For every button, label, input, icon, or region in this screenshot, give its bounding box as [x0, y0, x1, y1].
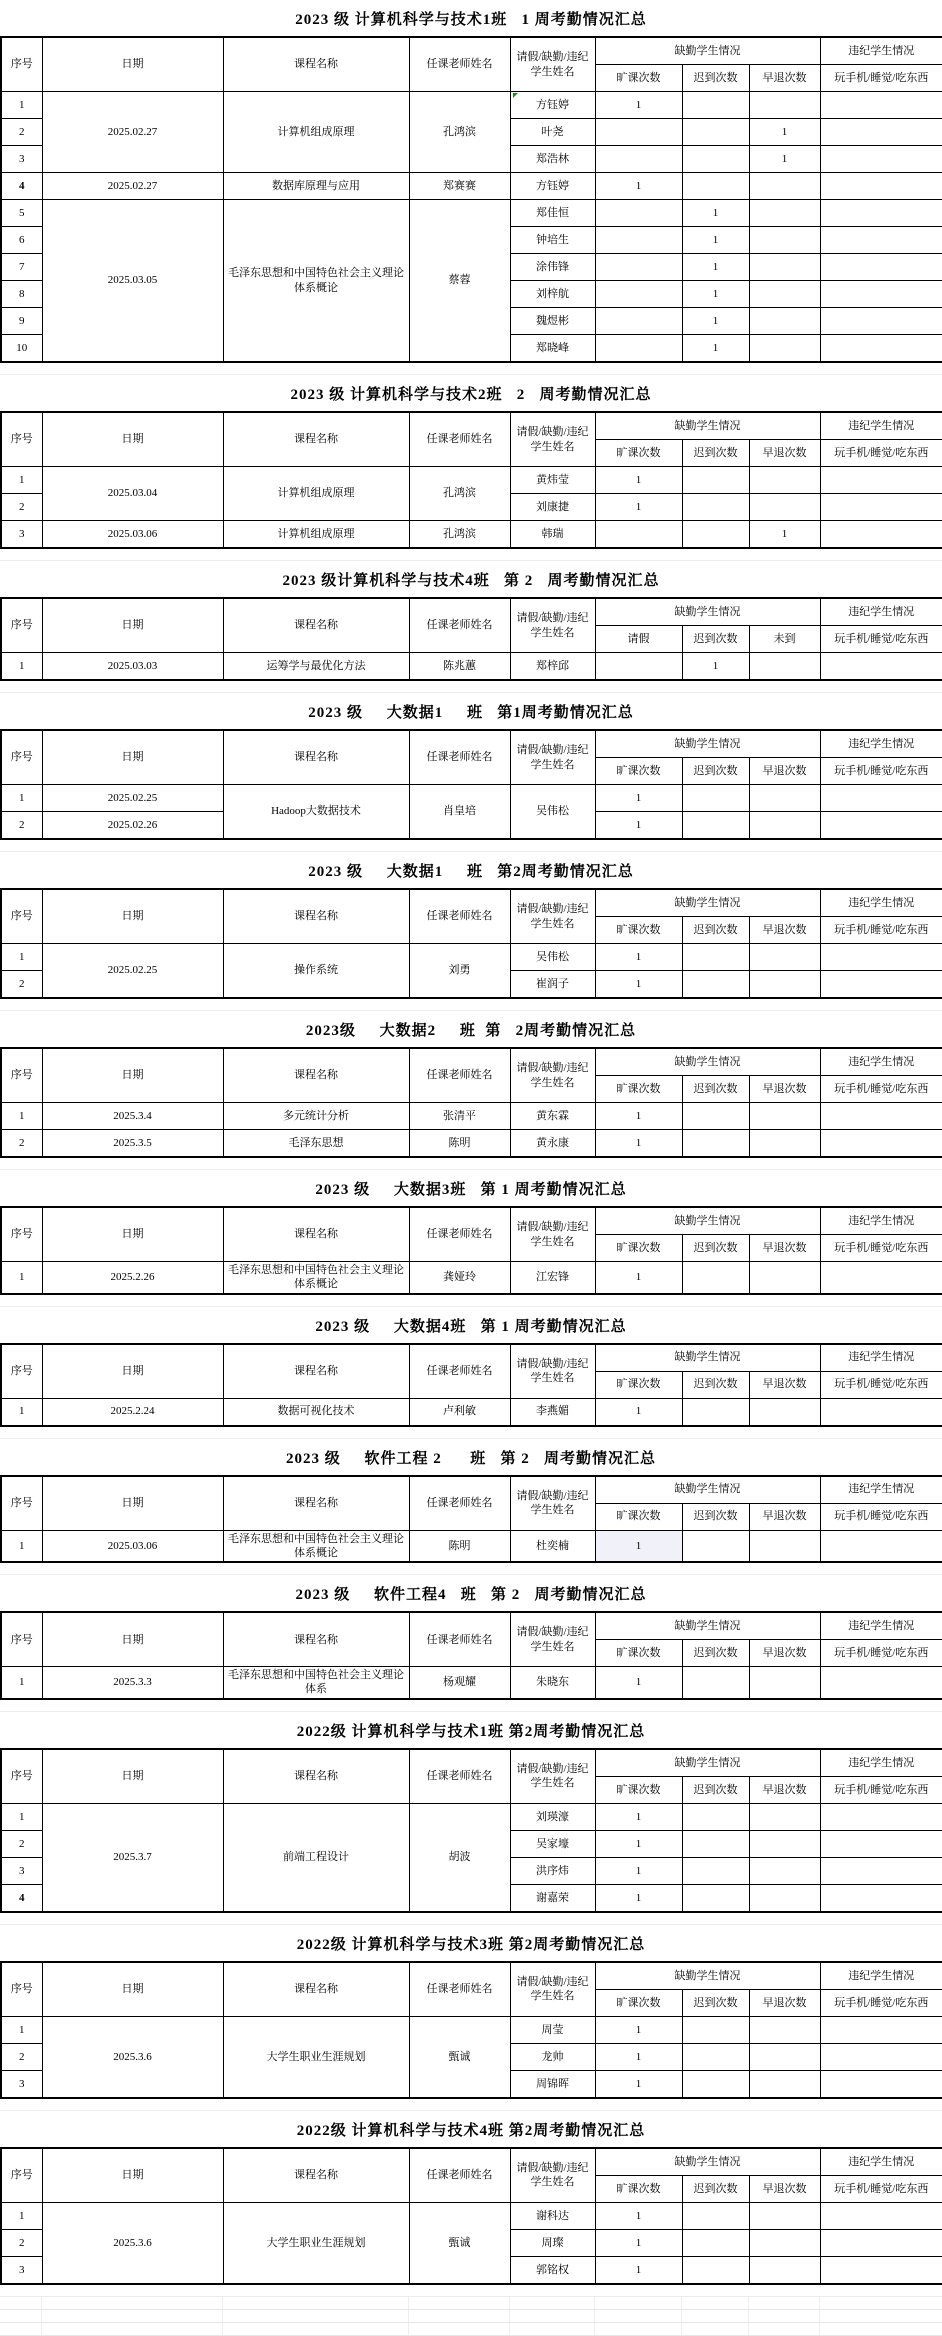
cell-teacher: 陈明 [409, 1130, 510, 1158]
grid-vline [819, 2297, 820, 2309]
attendance-table: 序号日期课程名称任课老师姓名请假/缺勤/违纪学生姓名缺勤学生情况违纪学生情况旷课… [0, 1047, 942, 1158]
table-row: 12025.3.4多元统计分析张清平黄东霖1 [1, 1103, 942, 1130]
header-student: 请假/缺勤/违纪学生姓名 [510, 1476, 595, 1531]
cell-course: 计算机组成原理 [223, 467, 409, 521]
table-title: 2023 级 大数据1 班 第1周考勤情况汇总 [0, 693, 942, 729]
header-absence-col-1: 迟到次数 [682, 1235, 749, 1262]
cell-absence-1 [682, 1103, 749, 1130]
cell-absence-0: 1 [595, 1667, 682, 1699]
cell-student: 洪序炜 [510, 1857, 595, 1884]
header-no: 序号 [1, 1207, 42, 1262]
header-course: 课程名称 [223, 412, 409, 467]
header-no: 序号 [1, 889, 42, 944]
cell-absence-0: 1 [595, 1830, 682, 1857]
student-name: 钟培生 [513, 228, 593, 252]
cell-student: 崔润子 [510, 971, 595, 999]
cell-student: 刘梓航 [510, 281, 595, 308]
table-row: 12025.03.03运筹学与最优化方法陈兆蕙郑梓邱1 [1, 653, 942, 681]
cell-teacher: 胡波 [409, 1803, 510, 1912]
header-row-top: 序号日期课程名称任课老师姓名请假/缺勤/违纪学生姓名缺勤学生情况违纪学生情况 [1, 1612, 942, 1640]
cell-course: 计算机组成原理 [223, 92, 409, 173]
cell-no: 7 [1, 254, 42, 281]
header-absence-col-0: 旷课次数 [595, 917, 682, 944]
cell-course: 大学生职业生涯规划 [223, 2202, 409, 2284]
cell-absence-0: 1 [595, 1130, 682, 1158]
header-course: 课程名称 [223, 1207, 409, 1262]
table-row: 12025.3.6大学生职业生涯规划甄诚谢科达1 [1, 2202, 942, 2229]
header-date: 日期 [42, 1344, 223, 1399]
grid-vline [408, 2297, 409, 2309]
table-section: 2023 级 计算机科学与技术1班 1 周考勤情况汇总序号日期课程名称任课老师姓… [0, 0, 942, 375]
cell-no: 2 [1, 1130, 42, 1158]
cell-date: 2025.02.25 [42, 785, 223, 812]
table-gap [0, 2099, 942, 2111]
cell-violation [820, 200, 942, 227]
header-absence-col-2: 未到 [749, 626, 820, 653]
cell-absence-1 [682, 1803, 749, 1830]
cell-course: 毛泽东思想和中国特色社会主义理论体系概论 [223, 1262, 409, 1294]
header-teacher: 任课老师姓名 [409, 598, 510, 653]
header-course: 课程名称 [223, 889, 409, 944]
cell-absence-1 [682, 1398, 749, 1426]
cell-teacher: 杨观耀 [409, 1667, 510, 1699]
cell-no: 1 [1, 1262, 42, 1294]
cell-date: 2025.03.05 [42, 200, 223, 363]
cell-absence-0: 1 [595, 2202, 682, 2229]
header-course: 课程名称 [223, 730, 409, 785]
cell-no: 2 [1, 971, 42, 999]
student-name: 朱晓东 [513, 1668, 593, 1697]
attendance-table: 序号日期课程名称任课老师姓名请假/缺勤/违纪学生姓名缺勤学生情况违纪学生情况旷课… [0, 411, 942, 549]
header-date: 日期 [42, 1476, 223, 1531]
student-name: 魏煜彬 [513, 309, 593, 333]
cell-absence-2 [749, 812, 820, 840]
header-date: 日期 [42, 1962, 223, 2017]
cell-absence-0 [595, 119, 682, 146]
student-name: 崔润子 [513, 972, 593, 996]
header-no: 序号 [1, 37, 42, 92]
header-absence-col-2: 早退次数 [749, 917, 820, 944]
cell-no: 2 [1, 812, 42, 840]
table-gap [0, 1158, 942, 1170]
cell-no: 1 [1, 1103, 42, 1130]
cell-absence-2 [749, 2202, 820, 2229]
cell-student: 涂伟锋 [510, 254, 595, 281]
header-violation-group: 违纪学生情况 [820, 598, 942, 626]
cell-absence-0: 1 [595, 971, 682, 999]
cell-student: 龙帅 [510, 2043, 595, 2070]
cell-teacher: 蔡蓉 [409, 200, 510, 363]
cell-absence-1 [682, 521, 749, 549]
cell-absence-0: 1 [595, 2016, 682, 2043]
cell-absence-0: 1 [595, 173, 682, 200]
cell-absence-2 [749, 1830, 820, 1857]
header-absence-col-0: 旷课次数 [595, 1989, 682, 2016]
cell-no: 10 [1, 335, 42, 363]
student-name: 谢科达 [513, 2204, 593, 2228]
header-absence-group: 缺勤学生情况 [595, 37, 820, 65]
header-teacher: 任课老师姓名 [409, 1048, 510, 1103]
header-no: 序号 [1, 1962, 42, 2017]
header-date: 日期 [42, 1207, 223, 1262]
cell-no: 2 [1, 2229, 42, 2256]
table-title: 2023 级 软件工程 2 班 第 2 周考勤情况汇总 [0, 1439, 942, 1475]
header-violation-group: 违纪学生情况 [820, 1207, 942, 1235]
header-absence-group: 缺勤学生情况 [595, 730, 820, 758]
cell-absence-1 [682, 812, 749, 840]
table-row: 12025.3.6大学生职业生涯规划甄诚周莹1 [1, 2016, 942, 2043]
cell-date: 2025.3.4 [42, 1103, 223, 1130]
table-section: 2022级 计算机科学与技术1班 第2周考勤情况汇总序号日期课程名称任课老师姓名… [0, 1712, 942, 1925]
header-absence-col-1: 迟到次数 [682, 65, 749, 92]
grid-vline [222, 2310, 223, 2322]
cell-violation [820, 1398, 942, 1426]
header-violation-group: 违纪学生情况 [820, 412, 942, 440]
cell-student: 郑浩林 [510, 146, 595, 173]
table-title: 2023 级 计算机科学与技术2班 2 周考勤情况汇总 [0, 375, 942, 411]
student-name: 郑浩林 [513, 147, 593, 171]
cell-violation [820, 1667, 942, 1699]
student-name: 刘梓航 [513, 282, 593, 306]
header-absence-col-0: 旷课次数 [595, 65, 682, 92]
cell-no: 3 [1, 146, 42, 173]
table-gap [0, 2285, 942, 2297]
cell-absence-0: 1 [595, 92, 682, 119]
student-name: 郑梓邱 [513, 654, 593, 678]
header-date: 日期 [42, 412, 223, 467]
table-gap [0, 999, 942, 1011]
cell-absence-1 [682, 1884, 749, 1912]
header-absence-group: 缺勤学生情况 [595, 1048, 820, 1076]
cell-absence-2 [749, 1103, 820, 1130]
table-title: 2022级 计算机科学与技术3班 第2周考勤情况汇总 [0, 1925, 942, 1961]
empty-grid-row [0, 2297, 942, 2310]
header-student: 请假/缺勤/违纪学生姓名 [510, 412, 595, 467]
header-violation-group: 违纪学生情况 [820, 730, 942, 758]
header-absence-col-2: 早退次数 [749, 65, 820, 92]
table-title: 2022级 计算机科学与技术1班 第2周考勤情况汇总 [0, 1712, 942, 1748]
header-teacher: 任课老师姓名 [409, 1207, 510, 1262]
attendance-table: 序号日期课程名称任课老师姓名请假/缺勤/违纪学生姓名缺勤学生情况违纪学生情况旷课… [0, 2147, 942, 2285]
header-student: 请假/缺勤/违纪学生姓名 [510, 37, 595, 92]
table-title: 2023 级 计算机科学与技术1班 1 周考勤情况汇总 [0, 0, 942, 36]
header-no: 序号 [1, 2148, 42, 2203]
table-section: 2022级 计算机科学与技术4班 第2周考勤情况汇总序号日期课程名称任课老师姓名… [0, 2111, 942, 2297]
cell-no: 4 [1, 1884, 42, 1912]
cell-no: 2 [1, 119, 42, 146]
student-name: 涂伟锋 [513, 255, 593, 279]
cell-course: 计算机组成原理 [223, 521, 409, 549]
cell-absence-2 [749, 467, 820, 494]
cell-student: 郭铭权 [510, 2256, 595, 2284]
header-absence-col-1: 迟到次数 [682, 1989, 749, 2016]
table-row: 12025.03.06毛泽东思想和中国特色社会主义理论体系概论陈明杜奕楠1 [1, 1530, 942, 1562]
cell-student: 吴家壕 [510, 1830, 595, 1857]
cell-violation [820, 2229, 942, 2256]
cell-no: 1 [1, 653, 42, 681]
cell-no: 3 [1, 1857, 42, 1884]
header-violation-col: 玩手机/睡觉/吃东西 [820, 1503, 942, 1530]
table-title: 2023 级 软件工程4 班 第 2 周考勤情况汇总 [0, 1575, 942, 1611]
header-teacher: 任课老师姓名 [409, 1476, 510, 1531]
table-gap [0, 1700, 942, 1712]
cell-absence-0: 1 [595, 1803, 682, 1830]
cell-violation [820, 2070, 942, 2098]
cell-absence-1 [682, 944, 749, 971]
cell-absence-1: 1 [682, 653, 749, 681]
cell-student: 吴伟松 [510, 785, 595, 840]
table-section: 2023 级 大数据1 班 第2周考勤情况汇总序号日期课程名称任课老师姓名请假/… [0, 852, 942, 1011]
cell-absence-0: 1 [595, 1103, 682, 1130]
header-course: 课程名称 [223, 1962, 409, 2017]
header-student: 请假/缺勤/违纪学生姓名 [510, 598, 595, 653]
header-student: 请假/缺勤/违纪学生姓名 [510, 1749, 595, 1804]
cell-no: 5 [1, 200, 42, 227]
cell-absence-0: 1 [595, 2229, 682, 2256]
cell-violation [820, 1130, 942, 1158]
cell-teacher: 龚娅玲 [409, 1262, 510, 1294]
header-course: 课程名称 [223, 1612, 409, 1667]
cell-course: Hadoop大数据技术 [223, 785, 409, 840]
cell-absence-2 [749, 254, 820, 281]
cell-course: 数据可视化技术 [223, 1398, 409, 1426]
student-name: 郭铭权 [513, 2258, 593, 2282]
cell-violation [820, 971, 942, 999]
cell-violation [820, 2202, 942, 2229]
cell-no: 2 [1, 494, 42, 521]
cell-student: 魏煜彬 [510, 308, 595, 335]
header-absence-group: 缺勤学生情况 [595, 1612, 820, 1640]
cell-absence-2 [749, 1857, 820, 1884]
table-section: 2023 级 软件工程 2 班 第 2 周考勤情况汇总序号日期课程名称任课老师姓… [0, 1439, 942, 1576]
cell-teacher: 孔鸿滨 [409, 521, 510, 549]
cell-no: 1 [1, 2016, 42, 2043]
header-teacher: 任课老师姓名 [409, 1962, 510, 2017]
cell-violation [820, 2043, 942, 2070]
cell-violation [820, 92, 942, 119]
cell-violation [820, 521, 942, 549]
cell-violation [820, 944, 942, 971]
cell-student: 黄炜莹 [510, 467, 595, 494]
cell-absence-0: 1 [595, 494, 682, 521]
header-course: 课程名称 [223, 37, 409, 92]
cell-absence-1 [682, 785, 749, 812]
header-absence-col-0: 请假 [595, 626, 682, 653]
cell-no: 1 [1, 467, 42, 494]
student-name: 韩瑞 [513, 522, 593, 546]
cell-student: 朱晓东 [510, 1667, 595, 1699]
header-teacher: 任课老师姓名 [409, 1344, 510, 1399]
cell-student: 郑梓邱 [510, 653, 595, 681]
cell-absence-1 [682, 2016, 749, 2043]
header-violation-col: 玩手机/睡觉/吃东西 [820, 917, 942, 944]
cell-absence-2 [749, 2016, 820, 2043]
cell-violation [820, 1884, 942, 1912]
header-absence-col-1: 迟到次数 [682, 1640, 749, 1667]
header-absence-col-1: 迟到次数 [682, 1076, 749, 1103]
header-absence-group: 缺勤学生情况 [595, 1344, 820, 1372]
table-section: 2023 级 大数据3班 第 1 周考勤情况汇总序号日期课程名称任课老师姓名请假… [0, 1170, 942, 1307]
empty-grid-row [0, 2323, 942, 2336]
cell-corner-marker-icon [513, 93, 518, 98]
cell-violation [820, 254, 942, 281]
grid-vline [594, 2297, 595, 2309]
header-violation-col: 玩手机/睡觉/吃东西 [820, 626, 942, 653]
grid-vline [681, 2297, 682, 2309]
header-date: 日期 [42, 1749, 223, 1804]
table-title: 2023 级 大数据1 班 第2周考勤情况汇总 [0, 852, 942, 888]
header-row-top: 序号日期课程名称任课老师姓名请假/缺勤/违纪学生姓名缺勤学生情况违纪学生情况 [1, 1207, 942, 1235]
header-absence-col-2: 早退次数 [749, 2175, 820, 2202]
student-name: 李燕媚 [513, 1400, 593, 1424]
cell-date: 2025.03.03 [42, 653, 223, 681]
table-section: 2023 级 计算机科学与技术2班 2 周考勤情况汇总序号日期课程名称任课老师姓… [0, 375, 942, 561]
cell-no: 1 [1, 1398, 42, 1426]
cell-teacher: 刘勇 [409, 944, 510, 999]
header-teacher: 任课老师姓名 [409, 412, 510, 467]
student-name: 方钰婷 [513, 174, 593, 198]
header-student: 请假/缺勤/违纪学生姓名 [510, 1962, 595, 2017]
cell-absence-2: 1 [749, 146, 820, 173]
header-absence-col-0: 旷课次数 [595, 758, 682, 785]
header-violation-group: 违纪学生情况 [820, 1962, 942, 1990]
header-violation-col: 玩手机/睡觉/吃东西 [820, 2175, 942, 2202]
cell-absence-2 [749, 2229, 820, 2256]
grid-vline [681, 2323, 682, 2335]
header-no: 序号 [1, 1749, 42, 1804]
cell-student: 黄东霖 [510, 1103, 595, 1130]
header-absence-col-2: 早退次数 [749, 440, 820, 467]
cell-absence-1 [682, 971, 749, 999]
cell-date: 2025.3.6 [42, 2202, 223, 2284]
cell-absence-0 [595, 227, 682, 254]
attendance-table: 序号日期课程名称任课老师姓名请假/缺勤/违纪学生姓名缺勤学生情况违纪学生情况旷课… [0, 1611, 942, 1700]
header-teacher: 任课老师姓名 [409, 37, 510, 92]
cell-student: 周璨 [510, 2229, 595, 2256]
student-name: 龙帅 [513, 2045, 593, 2069]
cell-teacher: 张清平 [409, 1103, 510, 1130]
header-absence-col-1: 迟到次数 [682, 758, 749, 785]
table-gap [0, 363, 942, 375]
cell-no: 1 [1, 785, 42, 812]
cell-absence-1 [682, 173, 749, 200]
cell-absence-2 [749, 2070, 820, 2098]
cell-absence-1 [682, 1830, 749, 1857]
header-violation-group: 违纪学生情况 [820, 1612, 942, 1640]
table-row: 12025.02.25操作系统刘勇吴伟松1 [1, 944, 942, 971]
cell-course: 前端工程设计 [223, 1803, 409, 1912]
header-row-top: 序号日期课程名称任课老师姓名请假/缺勤/违纪学生姓名缺勤学生情况违纪学生情况 [1, 1962, 942, 1990]
header-teacher: 任课老师姓名 [409, 1612, 510, 1667]
header-date: 日期 [42, 1048, 223, 1103]
header-absence-col-1: 迟到次数 [682, 2175, 749, 2202]
table-row: 32025.03.06计算机组成原理孔鸿滨韩瑞1 [1, 521, 942, 549]
cell-absence-0 [595, 146, 682, 173]
header-absence-col-1: 迟到次数 [682, 440, 749, 467]
cell-student: 谢嘉荣 [510, 1884, 595, 1912]
cell-teacher: 卢利敏 [409, 1398, 510, 1426]
cell-absence-1 [682, 1530, 749, 1562]
header-teacher: 任课老师姓名 [409, 889, 510, 944]
cell-absence-2 [749, 971, 820, 999]
cell-date: 2025.02.25 [42, 944, 223, 999]
attendance-table: 序号日期课程名称任课老师姓名请假/缺勤/违纪学生姓名缺勤学生情况违纪学生情况旷课… [0, 1748, 942, 1913]
header-absence-col-0: 旷课次数 [595, 1235, 682, 1262]
cell-violation [820, 812, 942, 840]
cell-course: 多元统计分析 [223, 1103, 409, 1130]
cell-absence-2 [749, 173, 820, 200]
grid-vline [819, 2323, 820, 2335]
header-absence-group: 缺勤学生情况 [595, 2148, 820, 2176]
cell-absence-0: 1 [595, 1857, 682, 1884]
cell-violation [820, 467, 942, 494]
cell-absence-0: 1 [595, 2043, 682, 2070]
header-violation-group: 违纪学生情况 [820, 1048, 942, 1076]
cell-student: 郑佳恒 [510, 200, 595, 227]
header-violation-group: 违纪学生情况 [820, 37, 942, 65]
cell-absence-0: 1 [595, 1530, 682, 1562]
cell-student: 吴伟松 [510, 944, 595, 971]
empty-grid-row [0, 2310, 942, 2323]
student-name: 周莹 [513, 2018, 593, 2042]
cell-student: 郑晓峰 [510, 335, 595, 363]
cell-teacher: 孔鸿滨 [409, 467, 510, 521]
grid-vline [41, 2297, 42, 2309]
header-absence-group: 缺勤学生情况 [595, 1749, 820, 1777]
cell-absence-0: 1 [595, 2256, 682, 2284]
header-course: 课程名称 [223, 1476, 409, 1531]
header-violation-group: 违纪学生情况 [820, 2148, 942, 2176]
header-absence-col-1: 迟到次数 [682, 1503, 749, 1530]
table-section: 2023 级 大数据1 班 第1周考勤情况汇总序号日期课程名称任课老师姓名请假/… [0, 693, 942, 852]
header-violation-group: 违纪学生情况 [820, 889, 942, 917]
header-row-top: 序号日期课程名称任课老师姓名请假/缺勤/违纪学生姓名缺勤学生情况违纪学生情况 [1, 889, 942, 917]
attendance-tables-container: 2023 级 计算机科学与技术1班 1 周考勤情况汇总序号日期课程名称任课老师姓… [0, 0, 942, 2297]
grid-vline [748, 2310, 749, 2322]
cell-course: 操作系统 [223, 944, 409, 999]
cell-date: 2025.03.04 [42, 467, 223, 521]
cell-absence-1 [682, 146, 749, 173]
grid-vline [509, 2297, 510, 2309]
cell-absence-1: 1 [682, 227, 749, 254]
table-gap [0, 1295, 942, 1307]
header-no: 序号 [1, 1612, 42, 1667]
cell-absence-2 [749, 227, 820, 254]
cell-student: 周锦晖 [510, 2070, 595, 2098]
cell-absence-0 [595, 521, 682, 549]
attendance-table: 序号日期课程名称任课老师姓名请假/缺勤/违纪学生姓名缺勤学生情况违纪学生情况旷课… [0, 1961, 942, 2099]
cell-no: 6 [1, 227, 42, 254]
cell-no: 1 [1, 92, 42, 119]
header-absence-col-0: 旷课次数 [595, 1640, 682, 1667]
grid-vline [748, 2323, 749, 2335]
header-violation-col: 玩手机/睡觉/吃东西 [820, 1076, 942, 1103]
header-violation-group: 违纪学生情况 [820, 1749, 942, 1777]
table-gap [0, 549, 942, 561]
header-student: 请假/缺勤/违纪学生姓名 [510, 1612, 595, 1667]
header-student: 请假/缺勤/违纪学生姓名 [510, 1344, 595, 1399]
cell-no: 1 [1, 1667, 42, 1699]
student-name: 黄东霖 [513, 1104, 593, 1128]
header-date: 日期 [42, 889, 223, 944]
cell-no: 4 [1, 173, 42, 200]
header-absence-col-2: 早退次数 [749, 1776, 820, 1803]
header-row-top: 序号日期课程名称任课老师姓名请假/缺勤/违纪学生姓名缺勤学生情况违纪学生情况 [1, 1749, 942, 1777]
header-row-top: 序号日期课程名称任课老师姓名请假/缺勤/违纪学生姓名缺勤学生情况违纪学生情况 [1, 1344, 942, 1372]
cell-teacher: 陈兆蕙 [409, 653, 510, 681]
cell-violation [820, 335, 942, 363]
attendance-table: 序号日期课程名称任课老师姓名请假/缺勤/违纪学生姓名缺勤学生情况违纪学生情况旷课… [0, 1343, 942, 1427]
